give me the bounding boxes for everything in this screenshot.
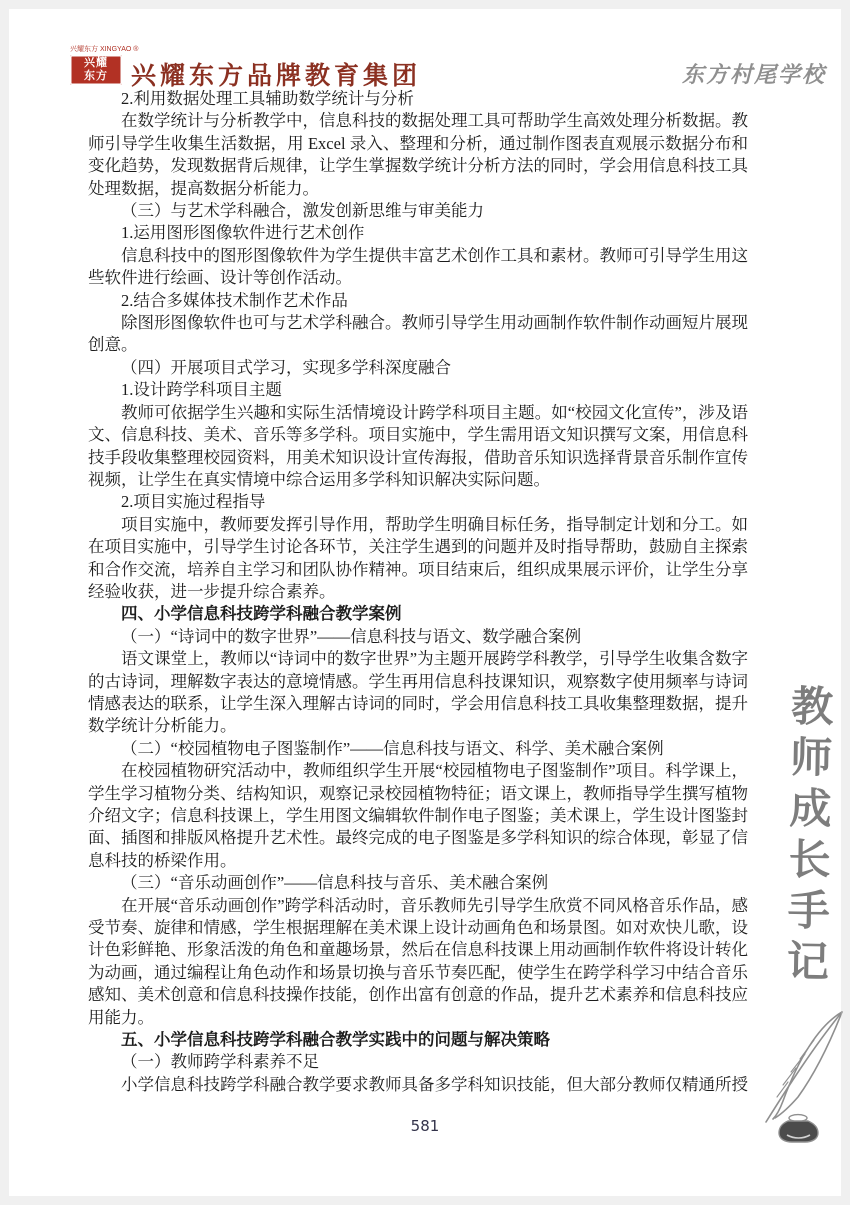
paragraph: 除图形图像软件也可与艺术学科融合。教师引导学生用动画制作软件制作动画短片展现创意…: [88, 312, 748, 357]
seal-icon: 兴耀 东方: [70, 55, 122, 85]
section-heading: 四、小学信息科技跨学科融合教学案例: [88, 603, 748, 625]
paragraph: 项目实施中，教师要发挥引导作用，帮助学生明确目标任务，指导制定计划和分工。如在项…: [88, 514, 748, 604]
quill-icon: [766, 1012, 842, 1122]
seal-line-2: 东方: [84, 70, 108, 82]
page-number: 581: [0, 1117, 850, 1135]
sub-heading: （二）“校园植物电子图鉴制作”——信息科技与语文、科学、美术融合案例: [88, 738, 748, 760]
seal-line-1: 兴耀: [84, 57, 108, 69]
group-name-title: 兴耀东方品牌教育集团: [131, 56, 421, 92]
paragraph: 1.设计跨学科项目主题: [88, 379, 748, 401]
paragraph: 信息科技中的图形图像软件为学生提供丰富艺术创作工具和素材。教师可引导学生用这些软…: [88, 245, 748, 290]
paragraph: 2.利用数据处理工具辅助数学统计与分析: [88, 88, 748, 110]
paragraph: 2.结合多媒体技术制作艺术作品: [88, 290, 748, 312]
document-page: 兴耀东方 XINGYAO ® 兴耀 东方 兴耀东方品牌教育集团 东方村尾学校 2…: [0, 0, 850, 1205]
brand-seal-logo: 兴耀东方 XINGYAO ® 兴耀 东方: [70, 46, 128, 85]
paragraph: 2.项目实施过程指导: [88, 491, 748, 513]
paragraph: 在数学统计与分析教学中，信息科技的数据处理工具可帮助学生高效处理分析数据。教师引…: [88, 110, 748, 200]
sub-heading: （一）教师跨学科素养不足: [88, 1051, 748, 1073]
section-heading: 五、小学信息科技跨学科融合教学实践中的问题与解决策略: [88, 1029, 748, 1051]
paragraph: 在开展“音乐动画创作”跨学科活动时，音乐教师先引导学生欣赏不同风格音乐作品，感受…: [88, 895, 748, 1029]
sub-heading: （四）开展项目式学习，实现多学科深度融合: [88, 357, 748, 379]
paragraph: 小学信息科技跨学科融合教学要求教师具备多学科知识技能，但大部分教师仅精通所授: [88, 1074, 748, 1096]
sub-heading: （三）“音乐动画创作”——信息科技与音乐、美术融合案例: [88, 872, 748, 894]
document-body: 2.利用数据处理工具辅助数学统计与分析 在数学统计与分析教学中，信息科技的数据处…: [88, 88, 748, 1096]
paragraph: 在校园植物研究活动中，教师组织学生开展“校园植物电子图鉴制作”项目。科学课上，学…: [88, 760, 748, 872]
seal-top-label: 兴耀东方 XINGYAO ®: [70, 46, 128, 54]
watermark-text: 教师成长手记: [777, 684, 834, 991]
sub-heading: （一）“诗词中的数字世界”——信息科技与语文、数学融合案例: [88, 626, 748, 648]
paragraph: 语文课堂上，教师以“诗词中的数字世界”为主题开展跨学科教学，引导学生收集含数字的…: [88, 648, 748, 738]
paragraph: 1.运用图形图像软件进行艺术创作: [88, 222, 748, 244]
school-name: 东方村尾学校: [682, 58, 826, 89]
sub-heading: （三）与艺术学科融合，激发创新思维与审美能力: [88, 200, 748, 222]
paragraph: 教师可依据学生兴趣和实际生活情境设计跨学科项目主题。如“校园文化宣传”，涉及语文…: [88, 402, 748, 492]
